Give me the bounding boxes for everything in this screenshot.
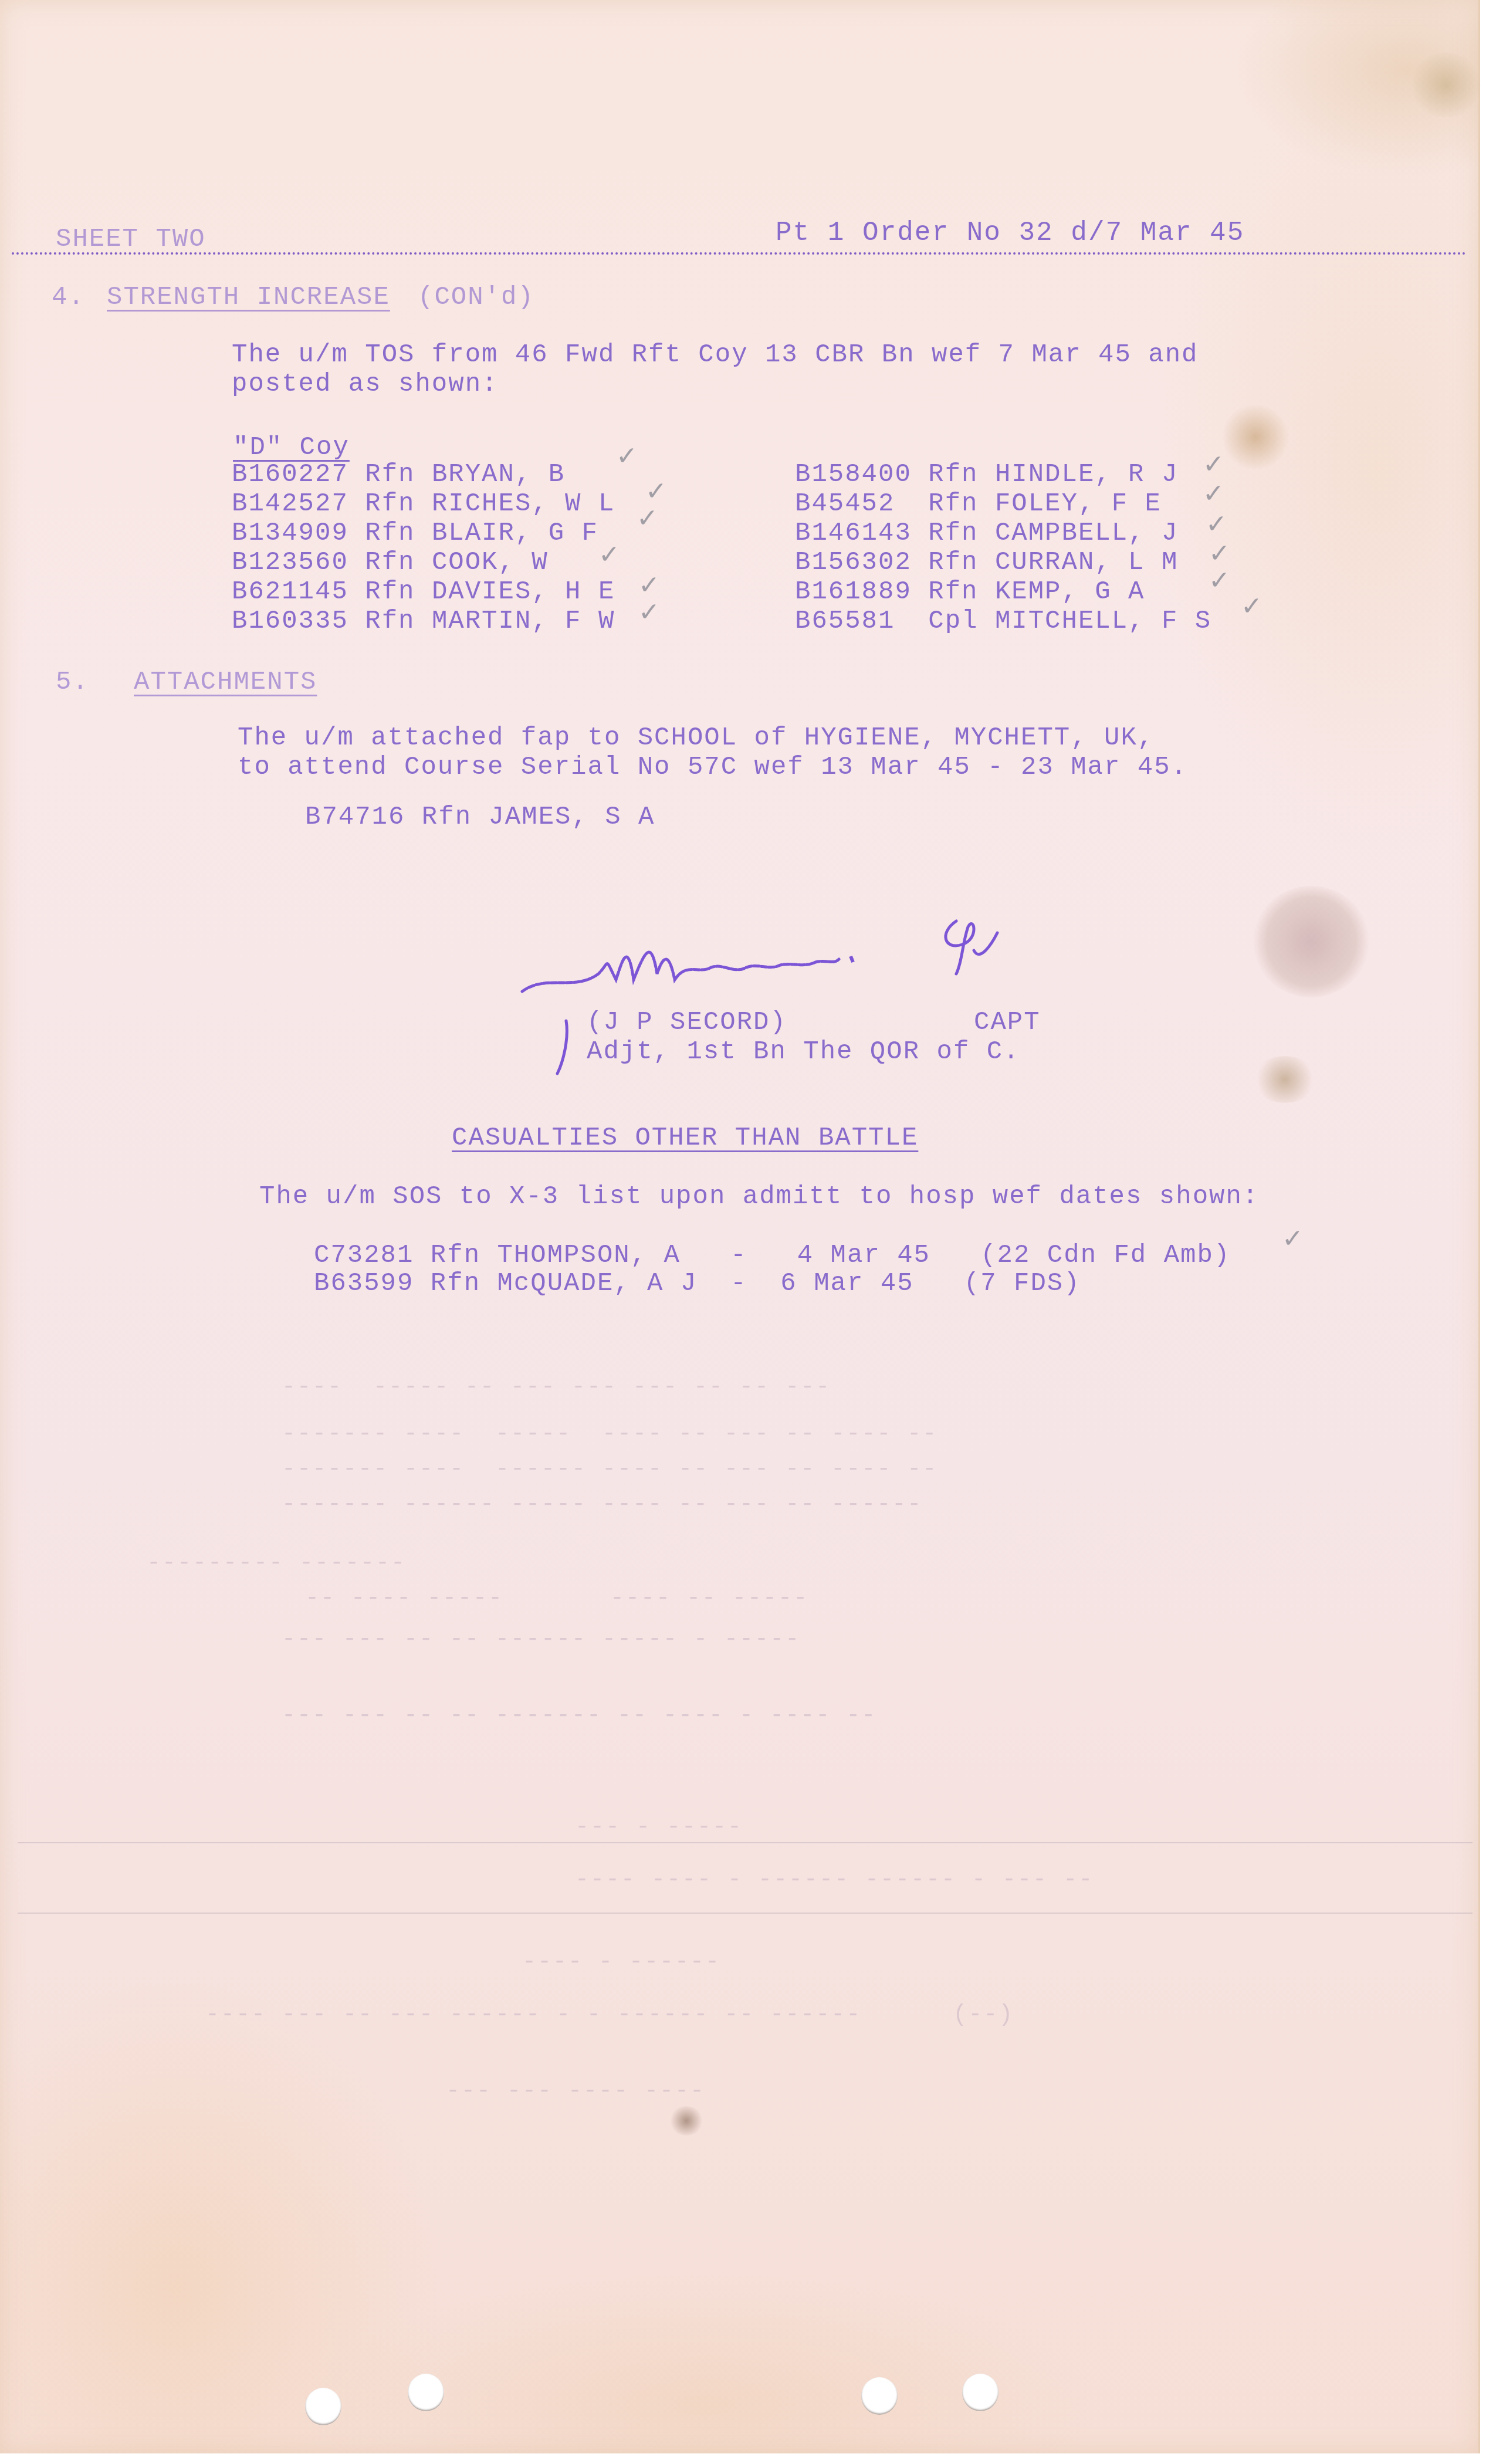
bleed-through-text: --- - ----- bbox=[575, 1813, 743, 1839]
bleed-through-text: ------- ------ ----- ---- -- --- -- ----… bbox=[282, 1490, 922, 1517]
list-item: B123560 Rfn COOK, W bbox=[232, 548, 549, 577]
check-mark-icon: ✓ bbox=[1282, 1226, 1304, 1252]
smudge-stain bbox=[1220, 405, 1291, 469]
list-item: B142527 Rfn RICHES, W L bbox=[232, 489, 615, 519]
bleed-through-text: ---- - ------ bbox=[522, 1948, 720, 1974]
check-mark-icon: ✓ bbox=[1206, 512, 1227, 537]
order-reference: Pt 1 Order No 32 d/7 Mar 45 bbox=[776, 218, 1244, 248]
bleed-through-text: --------- ------- bbox=[147, 1549, 406, 1575]
smudge-stain bbox=[1408, 53, 1484, 117]
check-mark-icon: ✓ bbox=[616, 444, 638, 469]
section4-intro-line1: The u/m TOS from 46 Fwd Rft Coy 13 CBR B… bbox=[232, 340, 1198, 370]
bleed-through-text: ---- ----- -- --- --- --- -- -- --- bbox=[282, 1373, 831, 1399]
company-label: "D" Coy bbox=[233, 433, 350, 462]
fingerprint-stain bbox=[1253, 886, 1370, 997]
section5-title: ATTACHMENTS bbox=[134, 668, 317, 697]
casualties-intro: The u/m SOS to X-3 list upon admitt to h… bbox=[259, 1182, 1259, 1211]
check-mark-icon: ✓ bbox=[1241, 594, 1263, 620]
list-item: B621145 Rfn DAVIES, H E bbox=[232, 577, 615, 607]
check-mark-icon: ✓ bbox=[638, 573, 660, 598]
check-mark-icon: ✓ bbox=[645, 479, 667, 505]
header-rule bbox=[12, 252, 1467, 255]
punch-hole bbox=[962, 2374, 999, 2411]
signatory-appointment: Adjt, 1st Bn The QOR of C. bbox=[587, 1037, 1020, 1067]
section4-intro-line2: posted as shown: bbox=[232, 370, 498, 399]
smudge-stain bbox=[1253, 1056, 1317, 1103]
list-item: B134909 Rfn BLAIR, G F bbox=[232, 519, 598, 548]
bleed-through-rule bbox=[18, 1913, 1473, 1914]
list-item: B45452 Rfn FOLEY, F E bbox=[795, 489, 1162, 519]
bleed-through-text: --- --- -- -- ------ ----- - ----- bbox=[282, 1625, 800, 1651]
check-mark-icon: ✓ bbox=[1203, 481, 1224, 507]
list-item: B161889 Rfn KEMP, G A bbox=[795, 577, 1145, 607]
check-mark-icon: ✓ bbox=[637, 506, 658, 532]
list-item: B160335 Rfn MARTIN, F W bbox=[232, 607, 615, 636]
section4-title-suffix: (CON'd) bbox=[418, 283, 534, 312]
punch-hole bbox=[408, 2374, 444, 2411]
check-mark-icon: ✓ bbox=[1209, 541, 1230, 567]
section5-line1: The u/m attached fap to SCHOOL of HYGIEN… bbox=[238, 723, 1154, 753]
bleed-through-rule bbox=[18, 1842, 1473, 1843]
document-page: SHEET TWO Pt 1 Order No 32 d/7 Mar 45 4.… bbox=[0, 0, 1480, 2453]
bleed-through-text: --- --- ---- ---- bbox=[446, 2077, 705, 2103]
signatory-name: (J P SECORD) bbox=[587, 1008, 787, 1037]
attached-person: B74716 Rfn JAMES, S A bbox=[305, 803, 655, 832]
bleed-through-text: -- ---- ----- ---- -- ----- bbox=[305, 1584, 808, 1610]
check-mark-icon: ✓ bbox=[1203, 452, 1224, 478]
smudge-stain bbox=[669, 2106, 704, 2135]
punch-hole bbox=[861, 2377, 898, 2415]
punch-hole bbox=[305, 2388, 341, 2425]
list-item: B158400 Rfn HINDLE, R J bbox=[795, 460, 1178, 489]
table-row: C73281 Rfn THOMPSON, A - 4 Mar 45 (22 Cd… bbox=[314, 1241, 1230, 1270]
section5-number: 5. bbox=[56, 668, 89, 697]
list-item: B146143 Rfn CAMPBELL, J bbox=[795, 519, 1178, 548]
casualties-title: CASUALTIES OTHER THAN BATTLE bbox=[452, 1123, 918, 1153]
bleed-through-text: ------- ---- ------ ---- -- --- -- ---- … bbox=[282, 1455, 937, 1481]
section5-line2: to attend Course Serial No 57C wef 13 Ma… bbox=[238, 753, 1187, 782]
check-mark-icon: ✓ bbox=[1209, 568, 1230, 594]
check-mark-icon: ✓ bbox=[598, 542, 620, 568]
check-mark-icon: ✓ bbox=[638, 600, 660, 625]
table-row: B63599 Rfn McQUADE, A J - 6 Mar 45 (7 FD… bbox=[314, 1269, 1081, 1298]
section4-number: 4. bbox=[52, 283, 85, 312]
signatory-rank: CAPT bbox=[974, 1008, 1041, 1037]
bleed-through-text: --- --- -- -- ------- -- ---- - ---- -- bbox=[282, 1701, 876, 1728]
bleed-through-text: ---- ---- - ------ ------ - --- -- bbox=[575, 1866, 1094, 1892]
bleed-through-text: ------- ---- ----- ---- -- --- -- ---- -… bbox=[282, 1420, 937, 1446]
list-item: B160227 Rfn BRYAN, B bbox=[232, 460, 565, 489]
bleed-through-text: ---- --- -- --- ------ - - ------ -- ---… bbox=[205, 2001, 1014, 2027]
section4-title: STRENGTH INCREASE bbox=[107, 283, 390, 312]
list-item: B65581 Cpl MITCHELL, F S bbox=[795, 607, 1211, 636]
sheet-label: SHEET TWO bbox=[56, 225, 206, 254]
list-item: B156302 Rfn CURRAN, L M bbox=[795, 548, 1178, 577]
